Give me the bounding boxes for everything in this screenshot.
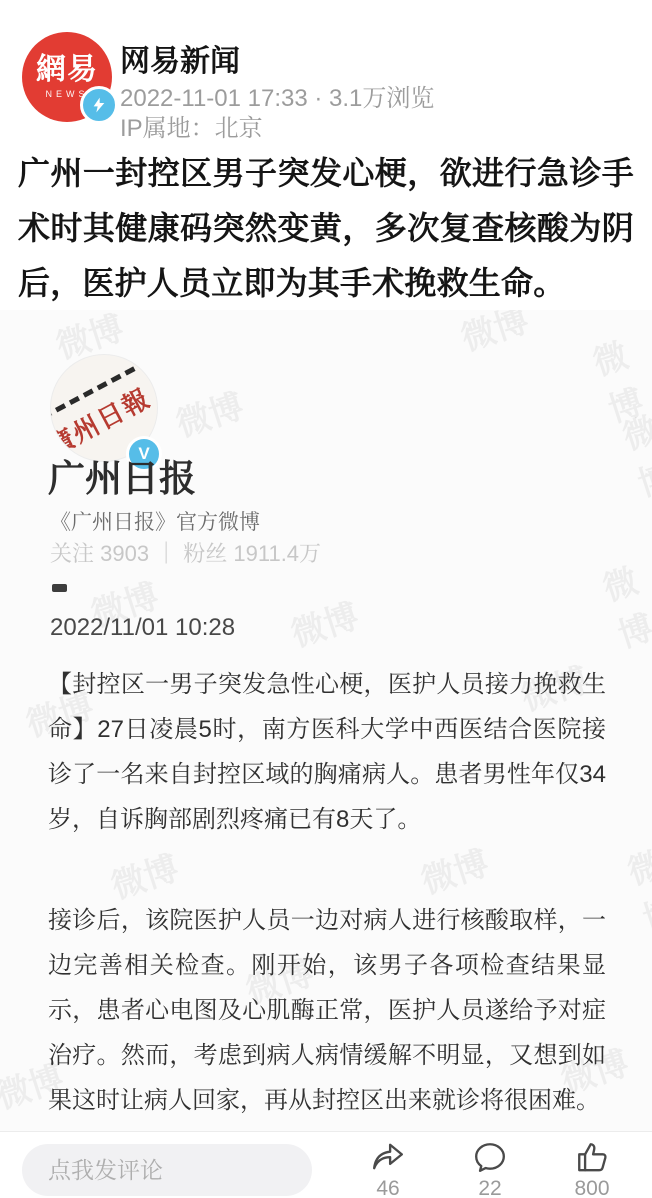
comment-icon [473, 1140, 507, 1174]
weibo-card-image[interactable]: 微博 微博 微博 微博 微博 微博 微博 微博 微博 微博 微博 微博 微博 微… [0, 310, 652, 1131]
weibo-watermark: 微博 [586, 322, 652, 431]
share-button[interactable]: 46 [364, 1140, 412, 1198]
weibo-watermark: 微博 [454, 310, 534, 360]
collapse-dash [52, 584, 67, 592]
lightning-icon [91, 97, 107, 113]
weibo-watermark: 微博 [621, 837, 652, 941]
share-count: 46 [364, 1177, 412, 1198]
weibo-post-time: 2022/11/01 10:28 [50, 614, 235, 642]
weibo-follow-stats: 关注 3903 ｜ 粉丝 1911.4万 [50, 537, 321, 568]
weibo-account-name: 广州日报 [48, 448, 196, 502]
publisher-name[interactable]: 网易新闻 [120, 36, 240, 80]
share-icon [371, 1140, 405, 1174]
like-button[interactable]: 800 [568, 1140, 616, 1198]
article-headline: 广州一封控区男子突发心梗，欲进行急诊手术时其健康码突然变黄，多次复查核酸为阴后，… [18, 146, 634, 311]
weibo-watermark: 微博 [616, 402, 652, 506]
netease-logo[interactable]: 網易 NEWS [22, 32, 112, 122]
weibo-watermark: 微博 [169, 379, 249, 447]
comment-count: 22 [466, 1177, 514, 1198]
like-icon [575, 1140, 609, 1174]
like-count: 800 [568, 1177, 616, 1198]
weibo-paragraph: 【封控区一男子突发急性心梗，医护人员接力挽救生命】27日凌晨5时，南方医科大学中… [48, 662, 606, 842]
weibo-watermark: 微博 [284, 589, 364, 657]
weibo-post-body: 【封控区一男子突发急性心梗，医护人员接力挽救生命】27日凌晨5时，南方医科大学中… [48, 662, 606, 1131]
bottom-bar: 46 22 800 [0, 1131, 652, 1198]
weibo-paragraph: 接诊后，该院医护人员一边对病人进行核酸取样，一边完善相关检查。刚开始，该男子各项… [48, 898, 606, 1123]
ip-location: IP属地：北京 [120, 108, 263, 143]
comment-input[interactable] [22, 1144, 312, 1196]
article-page: 網易 NEWS 网易新闻 2022-11-01 17:33 · 3.1万浏览 I… [0, 0, 652, 1198]
weibo-watermark: 微博 [596, 551, 652, 657]
netease-logo-text: 網易 [36, 55, 98, 85]
comment-button[interactable]: 22 [466, 1140, 514, 1198]
weibo-account-subtitle: 《广州日报》官方微博 [50, 506, 260, 536]
lightning-badge [80, 86, 118, 124]
